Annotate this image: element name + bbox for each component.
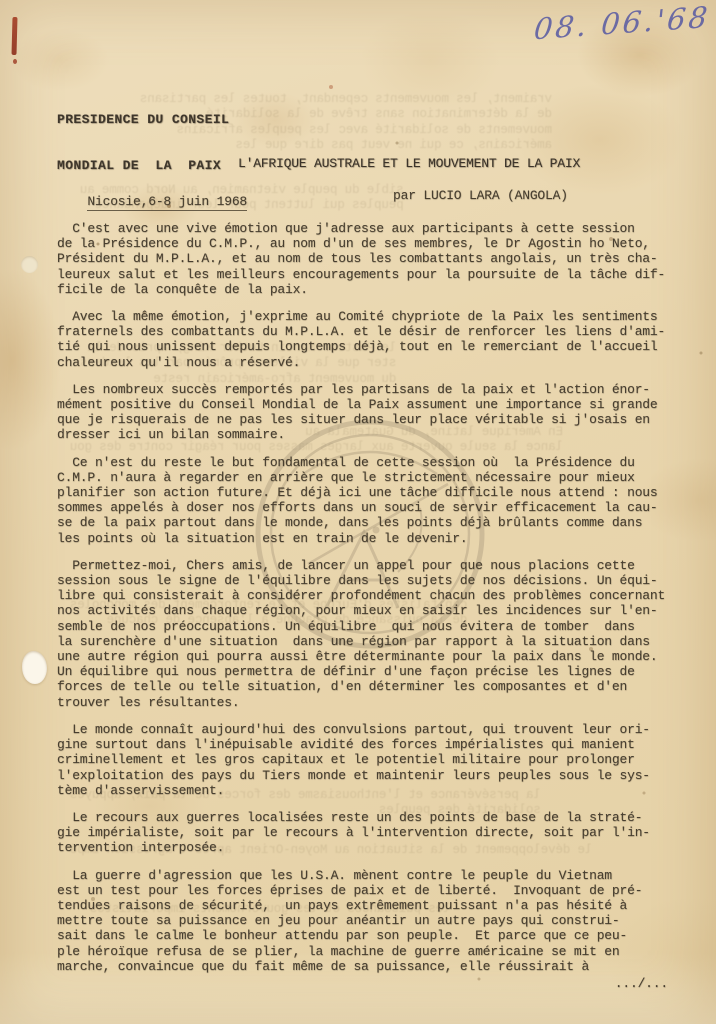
paragraph: Le monde connaît aujourd'hui des convuls… bbox=[57, 722, 665, 798]
org-name-line1: PRESIDENCE DU CONSEIL bbox=[57, 112, 247, 127]
document-byline: par LUCIO LARA (ANGOLA) bbox=[393, 188, 568, 203]
place-date-line: Nicosie,6-8 juin 1968 bbox=[87, 194, 247, 210]
scanned-document-page: vraiment, les mouvements cependant, tout… bbox=[0, 0, 716, 1024]
document-title: L'AFRIQUE AUSTRALE ET LE MOUVEMENT DE LA… bbox=[238, 156, 580, 171]
punch-hole-bottom bbox=[22, 651, 47, 684]
paragraph: La guerre d'agression que les U.S.A. mèn… bbox=[57, 868, 665, 974]
letterhead: PRESIDENCE DU CONSEIL MONDIAL DE LA PAIX… bbox=[57, 82, 247, 226]
paragraph: Ce n'est du reste le but fondamental de … bbox=[57, 455, 665, 546]
punch-hole-top bbox=[21, 256, 38, 273]
paper-specks bbox=[0, 0, 2, 2]
red-pen-mark bbox=[12, 17, 18, 55]
handwritten-date-annotation: 08. 06.'68 bbox=[532, 0, 712, 46]
org-name-line2: MONDIAL DE LA PAIX bbox=[57, 158, 247, 173]
continuation-mark: .../... bbox=[615, 976, 668, 991]
paragraph: C'est avec une vive émotion que j'adress… bbox=[57, 221, 665, 297]
paragraph: Avec la même émotion, j'exprime au Comit… bbox=[57, 309, 665, 370]
paragraph: Permettez-moi, Chers amis, de lancer un … bbox=[57, 558, 665, 710]
paragraph: Le recours aux guerres localisées reste … bbox=[57, 810, 665, 856]
document-body: C'est avec une vive émotion que j'adress… bbox=[57, 221, 665, 986]
red-pen-dot bbox=[13, 59, 17, 64]
paragraph: Les nombreux succès remportés par les pa… bbox=[57, 382, 665, 443]
